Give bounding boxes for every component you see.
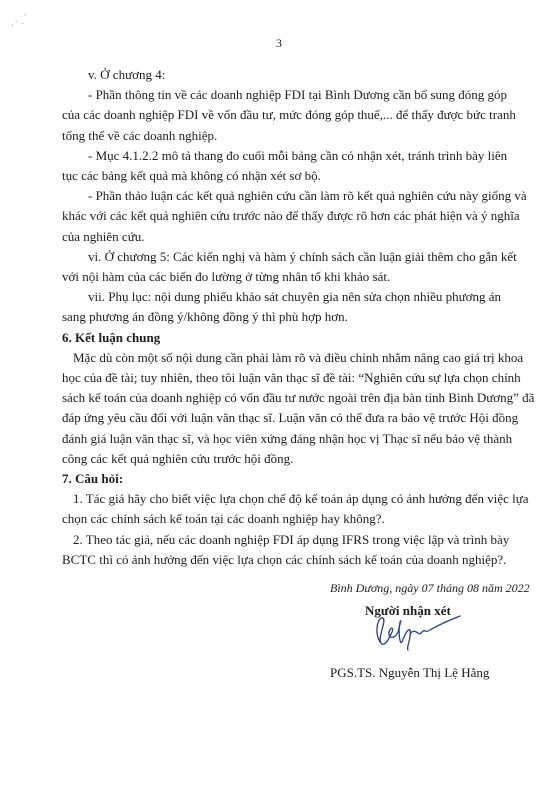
text-line: vii. Phụ lục: nội dung phiếu khảo sát ch… <box>88 289 480 305</box>
text-line: - Phần thảo luận các kết quả nghiên cứu … <box>88 188 480 204</box>
text-line: với nội hàm của các biến đo lường ở từng… <box>62 269 480 285</box>
text-line: 2. Theo tác giả, nếu các doanh nghiệp FD… <box>73 532 480 548</box>
place-date: Bình Dương, ngày 07 tháng 08 năm 2022 <box>330 581 530 596</box>
text-line: sang phương án đồng ý/không đồng ý thì p… <box>62 309 480 325</box>
text-line: BCTC thì có ảnh hưởng đến việc lựa chọn … <box>62 552 480 568</box>
reviewer-name: PGS.TS. Nguyễn Thị Lệ Hằng <box>330 665 489 681</box>
text-line: 1. Tác giả hãy cho biết việc lựa chọn ch… <box>73 491 480 507</box>
signature-image <box>370 612 465 652</box>
text-line: đáp ứng yêu cầu đối với luận văn thạc sĩ… <box>62 410 480 426</box>
text-line: tổng thể về các doanh nghiệp. <box>62 128 480 144</box>
text-line: v. Ở chương 4: <box>88 67 480 83</box>
text-line: học của đề tài; tuy nhiên, theo tôi luận… <box>62 370 480 386</box>
text-line: đánh giá luận văn thạc sĩ, và học viên x… <box>62 431 480 447</box>
text-line: Mặc dù còn một số nội dung cần phải làm … <box>73 350 480 366</box>
text-line: của các doanh nghiệp FDI về vốn đầu tư, … <box>62 107 480 123</box>
text-line: của nghiên cứu. <box>62 229 480 245</box>
text-line: vi. Ở chương 5: Các kiến nghị và hàm ý c… <box>88 249 480 265</box>
text-line: khác với các kết quả nghiên cứu trước nà… <box>62 208 480 224</box>
page-number: 3 <box>0 36 558 51</box>
text-line: 6. Kết luận chung <box>62 330 480 346</box>
scan-speck: . · ˏ ˊ <box>9 12 29 28</box>
text-line: chọn các chính sách kế toán tại các doan… <box>62 511 480 527</box>
text-line: tục các bảng kết quả mà không có nhận xé… <box>62 168 480 184</box>
text-line: - Mục 4.1.2.2 mô tả thang đo cuối mỗi bả… <box>88 148 480 164</box>
text-line: - Phần thông tin về các doanh nghiệp FDI… <box>88 87 480 103</box>
text-line: 7. Câu hỏi: <box>62 471 480 487</box>
text-line: sách kế toán của doanh nghiệp có vốn đầu… <box>62 390 480 406</box>
text-line: công các kết quả nghiên cứu trước hội đồ… <box>62 451 480 467</box>
